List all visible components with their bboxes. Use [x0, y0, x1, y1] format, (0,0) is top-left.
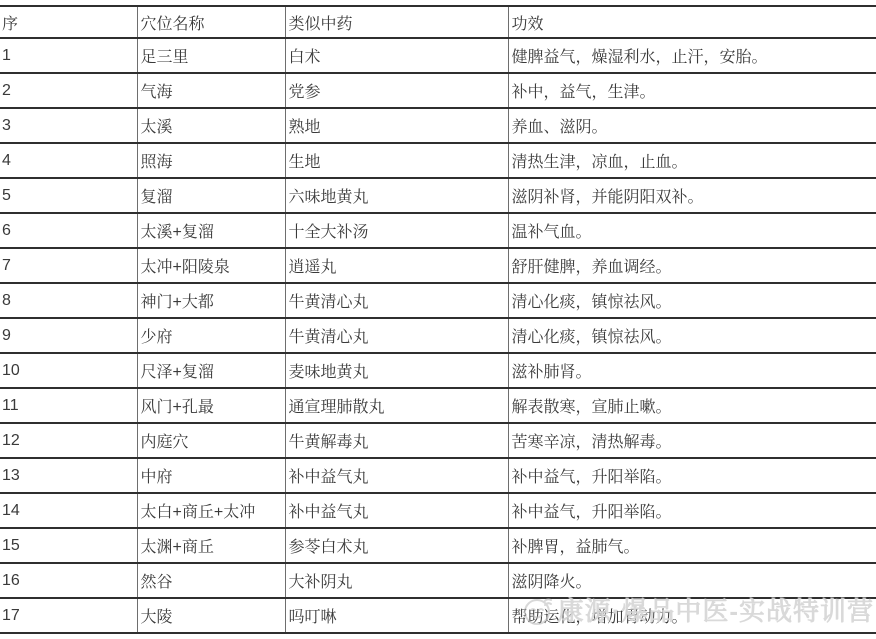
cell-seq: 1: [0, 38, 137, 73]
table-row: 13 中府 补中益气丸 补中益气，升阳举陷。: [0, 458, 876, 493]
cell-acupoint: 太白+商丘+太冲: [137, 493, 285, 528]
cell-effect: 补中益气，升阳举陷。: [508, 493, 876, 528]
cell-medicine: 党参: [285, 73, 508, 108]
cell-seq: 15: [0, 528, 137, 563]
cell-seq: 14: [0, 493, 137, 528]
cell-acupoint: 太渊+商丘: [137, 528, 285, 563]
table-row: 9 少府 牛黄清心丸 清心化痰，镇惊祛风。: [0, 318, 876, 353]
cell-seq: 9: [0, 318, 137, 353]
cell-seq: 10: [0, 353, 137, 388]
cell-medicine: 补中益气丸: [285, 493, 508, 528]
cell-effect: 清心化痰，镇惊祛风。: [508, 283, 876, 318]
cell-acupoint: 少府: [137, 318, 285, 353]
cell-effect: 滋阴补肾，并能阴阳双补。: [508, 178, 876, 213]
cell-seq: 4: [0, 143, 137, 178]
table-row: 17 大陵 吗叮啉 帮助运化，增加胃动力。: [0, 598, 876, 633]
cell-acupoint: 太溪: [137, 108, 285, 143]
cell-acupoint: 气海: [137, 73, 285, 108]
cell-seq: 16: [0, 563, 137, 598]
cell-effect: 温补气血。: [508, 213, 876, 248]
cell-acupoint: 然谷: [137, 563, 285, 598]
cell-effect: 舒肝健脾，养血调经。: [508, 248, 876, 283]
cell-acupoint: 足三里: [137, 38, 285, 73]
cell-seq: 7: [0, 248, 137, 283]
cell-seq: 6: [0, 213, 137, 248]
cell-medicine: 十全大补汤: [285, 213, 508, 248]
cell-acupoint: 神门+大都: [137, 283, 285, 318]
table-row: 8 神门+大都 牛黄清心丸 清心化痰，镇惊祛风。: [0, 283, 876, 318]
table-row: 15 太渊+商丘 参苓白术丸 补脾胃，益肺气。: [0, 528, 876, 563]
table-row: 6 太溪+复溜 十全大补汤 温补气血。: [0, 213, 876, 248]
table-row: 16 然谷 大补阴丸 滋阴降火。: [0, 563, 876, 598]
cell-medicine: 通宣理肺散丸: [285, 388, 508, 423]
cell-effect: 帮助运化，增加胃动力。: [508, 598, 876, 633]
cell-medicine: 六味地黄丸: [285, 178, 508, 213]
cell-seq: 12: [0, 423, 137, 458]
cell-effect: 清热生津，凉血，止血。: [508, 143, 876, 178]
table-row: 12 内庭穴 牛黄解毒丸 苦寒辛凉，清热解毒。: [0, 423, 876, 458]
table-row: 3 太溪 熟地 养血、滋阴。: [0, 108, 876, 143]
cell-effect: 补中益气，升阳举陷。: [508, 458, 876, 493]
cell-effect: 养血、滋阴。: [508, 108, 876, 143]
table-row: 11 风门+孔最 通宣理肺散丸 解表散寒，宣肺止嗽。: [0, 388, 876, 423]
cell-medicine: 熟地: [285, 108, 508, 143]
cell-acupoint: 照海: [137, 143, 285, 178]
table-row: 14 太白+商丘+太冲 补中益气丸 补中益气，升阳举陷。: [0, 493, 876, 528]
cell-seq: 13: [0, 458, 137, 493]
cell-acupoint: 风门+孔最: [137, 388, 285, 423]
cell-seq: 5: [0, 178, 137, 213]
cell-medicine: 生地: [285, 143, 508, 178]
column-header-seq: 序: [0, 6, 137, 38]
table-row: 1 足三里 白术 健脾益气，燥湿利水，止汗，安胎。: [0, 38, 876, 73]
cell-acupoint: 复溜: [137, 178, 285, 213]
cell-effect: 解表散寒，宣肺止嗽。: [508, 388, 876, 423]
column-header-acupoint: 穴位名称: [137, 6, 285, 38]
column-header-effect: 功效: [508, 6, 876, 38]
acupoint-medicine-table: 序 穴位名称 类似中药 功效 1 足三里 白术 健脾益气，燥湿利水，止汗，安胎。…: [0, 5, 876, 634]
cell-acupoint: 内庭穴: [137, 423, 285, 458]
cell-effect: 清心化痰，镇惊祛风。: [508, 318, 876, 353]
cell-acupoint: 尺泽+复溜: [137, 353, 285, 388]
cell-medicine: 白术: [285, 38, 508, 73]
table-row: 4 照海 生地 清热生津，凉血，止血。: [0, 143, 876, 178]
cell-effect: 苦寒辛凉，清热解毒。: [508, 423, 876, 458]
cell-medicine: 麦味地黄丸: [285, 353, 508, 388]
cell-medicine: 吗叮啉: [285, 598, 508, 633]
cell-effect: 滋阴降火。: [508, 563, 876, 598]
cell-seq: 17: [0, 598, 137, 633]
table-row: 2 气海 党参 补中，益气，生津。: [0, 73, 876, 108]
cell-effect: 补脾胃，益肺气。: [508, 528, 876, 563]
cell-seq: 8: [0, 283, 137, 318]
cell-medicine: 参苓白术丸: [285, 528, 508, 563]
cell-medicine: 牛黄解毒丸: [285, 423, 508, 458]
cell-acupoint: 大陵: [137, 598, 285, 633]
cell-effect: 补中，益气，生津。: [508, 73, 876, 108]
cell-effect: 健脾益气，燥湿利水，止汗，安胎。: [508, 38, 876, 73]
cell-medicine: 牛黄清心丸: [285, 318, 508, 353]
column-header-medicine: 类似中药: [285, 6, 508, 38]
cell-seq: 2: [0, 73, 137, 108]
page: 序 穴位名称 类似中药 功效 1 足三里 白术 健脾益气，燥湿利水，止汗，安胎。…: [0, 5, 876, 639]
cell-effect: 滋补肺肾。: [508, 353, 876, 388]
table-header-row: 序 穴位名称 类似中药 功效: [0, 6, 876, 38]
cell-medicine: 大补阴丸: [285, 563, 508, 598]
cell-seq: 11: [0, 388, 137, 423]
table-row: 7 太冲+阳陵泉 逍遥丸 舒肝健脾，养血调经。: [0, 248, 876, 283]
table-row: 10 尺泽+复溜 麦味地黄丸 滋补肺肾。: [0, 353, 876, 388]
cell-medicine: 牛黄清心丸: [285, 283, 508, 318]
cell-acupoint: 太溪+复溜: [137, 213, 285, 248]
cell-medicine: 补中益气丸: [285, 458, 508, 493]
cell-acupoint: 太冲+阳陵泉: [137, 248, 285, 283]
table-row: 5 复溜 六味地黄丸 滋阴补肾，并能阴阳双补。: [0, 178, 876, 213]
cell-seq: 3: [0, 108, 137, 143]
cell-medicine: 逍遥丸: [285, 248, 508, 283]
cell-acupoint: 中府: [137, 458, 285, 493]
